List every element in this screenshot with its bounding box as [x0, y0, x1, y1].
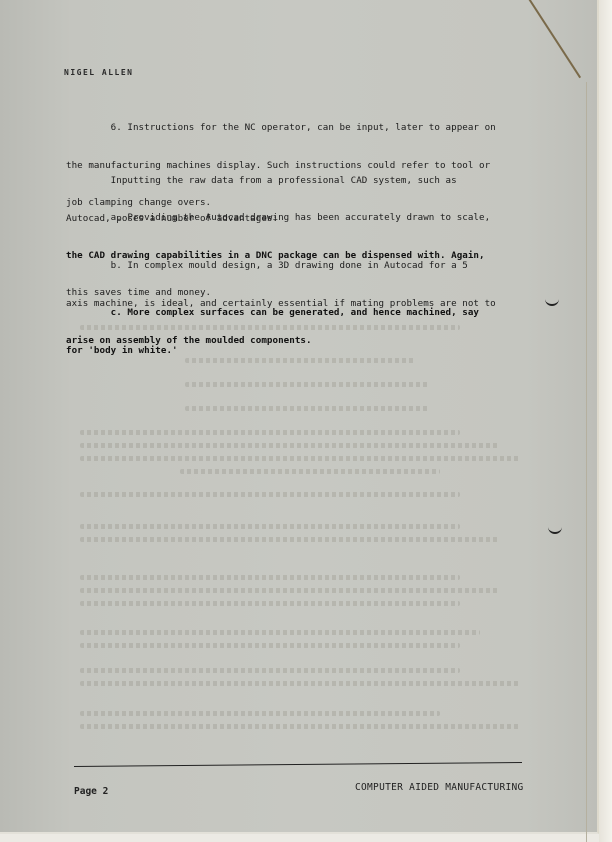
page-edge-crease: [586, 82, 587, 842]
bleed-through: [80, 524, 460, 529]
text-line: for 'body in white.': [66, 345, 536, 358]
bleed-through: [80, 492, 460, 497]
bleed-through: [80, 643, 460, 648]
text-line: 6. Instructions for the NC operator, can…: [66, 122, 536, 135]
running-head: NIGEL ALLEN: [64, 68, 133, 77]
bleed-through: [80, 601, 460, 606]
bleed-through: [80, 430, 460, 435]
bleed-through: [80, 537, 500, 542]
punch-hole-mark: [548, 522, 562, 534]
bleed-through: [80, 724, 520, 729]
bleed-through: [80, 668, 460, 673]
bleed-through: [80, 456, 520, 461]
bleed-through: [185, 406, 430, 411]
bleed-through: [180, 469, 440, 474]
section-title: COMPUTER AIDED MANUFACTURING: [355, 782, 524, 793]
text-line: c. More complex surfaces can be generate…: [66, 307, 536, 320]
text-line: a. Providing the Autocad drawing has bee…: [66, 212, 536, 225]
page-number: Page 2: [74, 786, 108, 797]
paragraph-item-c: c. More complex surfaces can be generate…: [66, 282, 536, 382]
punch-hole-mark: [545, 294, 559, 306]
bleed-through: [185, 358, 415, 363]
bleed-through: [80, 588, 500, 593]
fold-crease: [526, 0, 581, 78]
text-line: b. In complex mould design, a 3D drawing…: [66, 260, 536, 273]
page-edge: [599, 0, 612, 842]
bleed-through: [80, 575, 460, 580]
bleed-through: [185, 382, 430, 387]
text-line: Inputting the raw data from a profession…: [66, 175, 536, 188]
footer-rule: [74, 762, 522, 767]
document-page: NIGEL ALLEN 6. Instructions for the NC o…: [0, 0, 599, 834]
bleed-through: [80, 681, 520, 686]
bleed-through: [80, 325, 460, 330]
bleed-through: [80, 711, 440, 716]
bleed-through: [80, 443, 500, 448]
bleed-through: [80, 630, 480, 635]
